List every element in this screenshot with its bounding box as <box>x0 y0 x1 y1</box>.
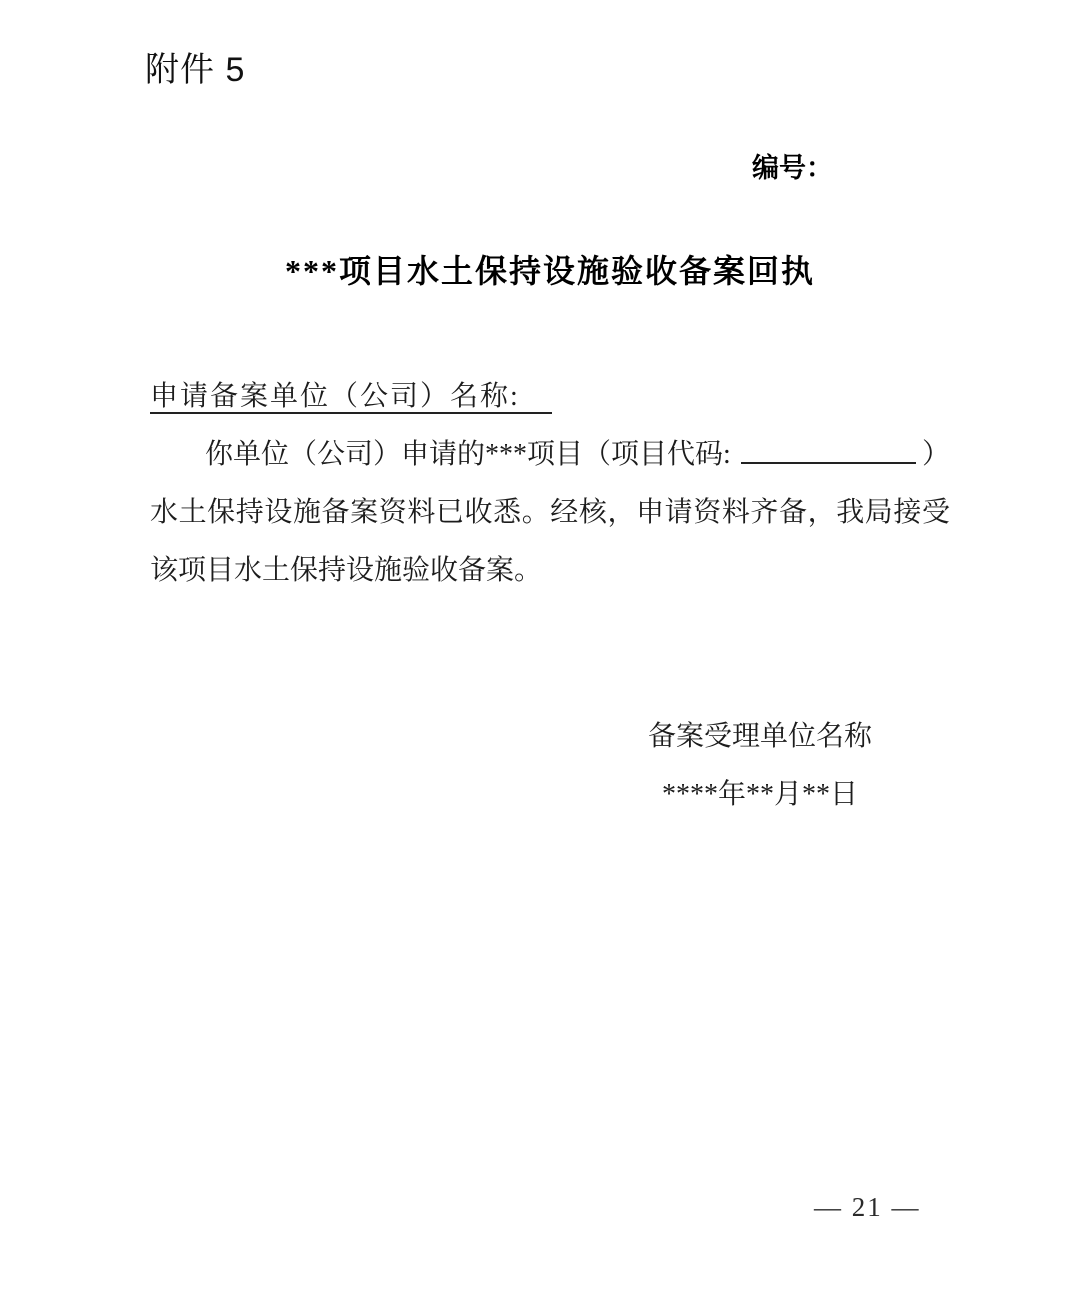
filing-date: ****年**月**日 <box>600 766 920 824</box>
project-code-line-suffix: ） <box>922 426 950 484</box>
filing-unit-name: 备案受理单位名称 <box>600 708 920 766</box>
body-paragraph: 申请备案单位（公司）名称: 你单位（公司）申请的***项目（项目代码: ） 水土… <box>150 368 950 600</box>
page-title: ***项目水土保持设施验收备案回执 <box>150 246 950 292</box>
applicant-name-line: 申请备案单位（公司）名称: <box>150 368 950 426</box>
doc-number-label: 编号： <box>752 146 833 185</box>
document-page: 附件 5 编号： ***项目水土保持设施验收备案回执 申请备案单位（公司）名称:… <box>0 0 1080 1290</box>
project-code-blank <box>741 461 916 464</box>
project-code-line-prefix: 你单位（公司）申请的***项目（项目代码: <box>150 426 731 484</box>
page-number: — 21 — <box>814 1192 921 1223</box>
body-text-line-2: 水土保持设施备案资料已收悉。经核，申请资料齐备，我局接受 <box>150 484 950 542</box>
attachment-label: 附件 5 <box>145 42 245 91</box>
project-code-line: 你单位（公司）申请的***项目（项目代码: ） <box>150 426 950 484</box>
signature-block: 备案受理单位名称 ****年**月**日 <box>600 708 920 824</box>
body-text-line-3: 该项目水土保持设施验收备案。 <box>150 542 950 600</box>
applicant-name-label: 申请备案单位（公司）名称: <box>150 381 552 414</box>
